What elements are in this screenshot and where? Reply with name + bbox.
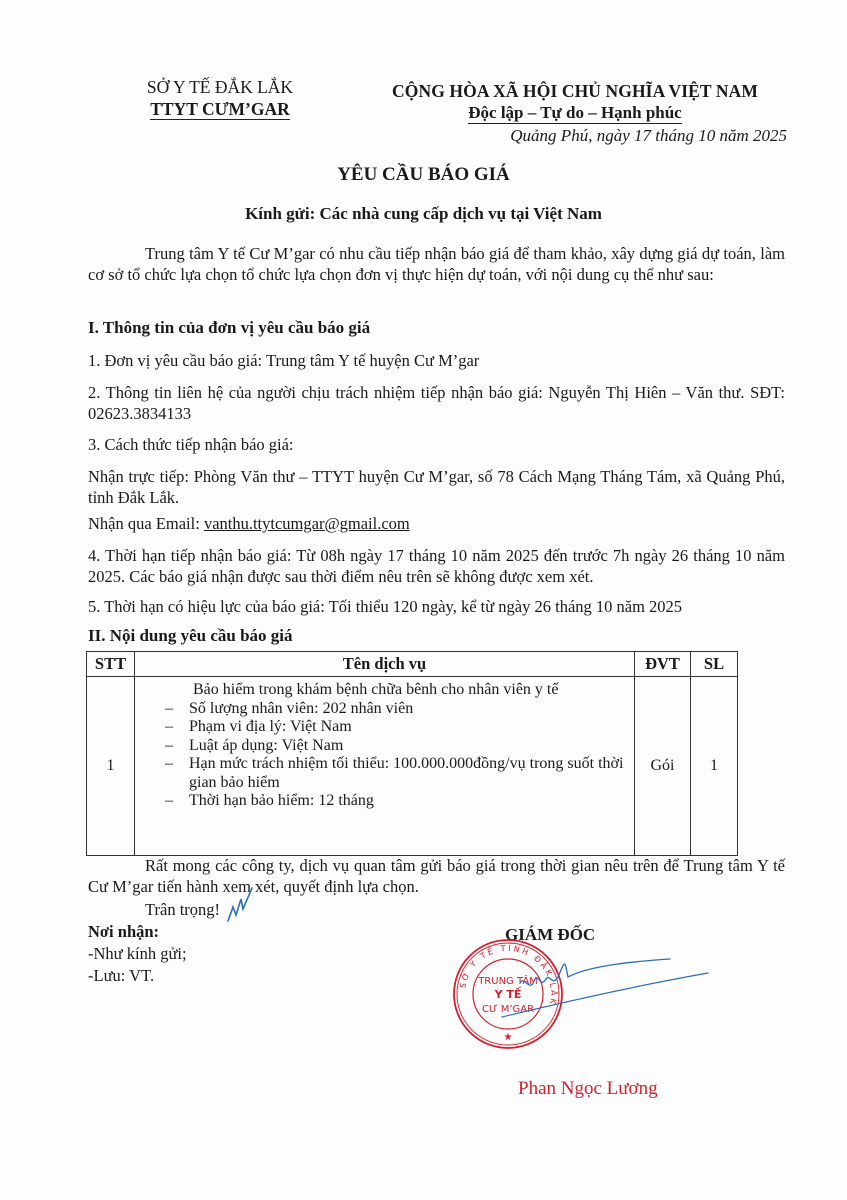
table-row: 1 Bảo hiểm trong khám bệnh chữa bênh cho… [87, 677, 738, 856]
receive-email: Nhận qua Email: vanthu.ttytcumgar@gmail.… [88, 513, 785, 534]
receiving-method-label: 3. Cách thức tiếp nhận báo giá: [88, 434, 785, 455]
detail-item: Số lượng nhân viên: 202 nhân viên [141, 700, 628, 719]
service-table: STT Tên dịch vụ ĐVT SL 1 Bảo hiểm trong … [86, 651, 738, 856]
cell-stt: 1 [87, 677, 135, 856]
place-date: Quảng Phú, ngày 17 tháng 10 năm 2025 [510, 126, 787, 146]
handwritten-signature-icon [500, 955, 710, 1030]
parent-agency: SỞ Y TẾ ĐẮK LẮK [110, 76, 330, 98]
detail-item: Luật áp dụng: Việt Nam [141, 737, 628, 756]
contact-info: 2. Thông tin liên hệ của người chịu trác… [88, 382, 785, 424]
initials-mark-icon [225, 885, 255, 925]
svg-text:★: ★ [504, 1032, 513, 1043]
header-stt: STT [87, 652, 135, 677]
email-label: Nhận qua Email: [88, 514, 204, 533]
detail-item: Thời hạn bảo hiểm: 12 tháng [141, 792, 628, 811]
issuing-agency: SỞ Y TẾ ĐẮK LẮK TTYT CƯM’GAR [110, 76, 330, 120]
national-motto: Độc lập – Tự do – Hạnh phúc [468, 102, 681, 124]
section-2-heading: II. Nội dung yêu cầu báo giá [88, 626, 293, 646]
requester-unit: 1. Đơn vị yêu cầu báo giá: Trung tâm Y t… [88, 350, 785, 371]
nation-name: CỘNG HÒA XÃ HỘI CHỦ NGHĨA VIỆT NAM [340, 80, 810, 102]
distribution-item: -Như kính gửi; [88, 943, 187, 965]
receiving-deadline: 4. Thời hạn tiếp nhận báo giá: Từ 08h ng… [88, 545, 785, 587]
detail-item: Hạn mức trách nhiệm tối thiểu: 100.000.0… [141, 755, 628, 792]
email-link[interactable]: vanthu.ttytcumgar@gmail.com [204, 514, 410, 533]
intro-paragraph: Trung tâm Y tế Cư M’gar có nhu cầu tiếp … [88, 243, 785, 285]
quote-validity: 5. Thời hạn có hiệu lực của báo giá: Tối… [88, 596, 785, 617]
cell-quantity: 1 [691, 677, 738, 856]
header-quantity: SL [691, 652, 738, 677]
regards: Trân trọng! [88, 899, 842, 920]
header-service-name: Tên dịch vụ [135, 652, 635, 677]
closing-paragraph: Rất mong các công ty, dịch vụ quan tâm g… [88, 855, 785, 897]
recipient-line: Kính gửi: Các nhà cung cấp dịch vụ tại V… [0, 204, 847, 224]
signatory-name: Phan Ngọc Lương [518, 1078, 658, 1100]
distribution-item: -Lưu: VT. [88, 965, 187, 987]
distribution-list: Nơi nhận: -Như kính gửi; -Lưu: VT. [88, 921, 187, 987]
cell-service-name: Bảo hiểm trong khám bệnh chữa bênh cho n… [135, 677, 635, 856]
distribution-heading: Nơi nhận: [88, 921, 187, 943]
service-name: Bảo hiểm trong khám bệnh chữa bênh cho n… [141, 681, 628, 700]
table-header-row: STT Tên dịch vụ ĐVT SL [87, 652, 738, 677]
document-title: YÊU CẦU BÁO GIÁ [0, 164, 847, 186]
cell-unit: Gói [635, 677, 691, 856]
national-heading: CỘNG HÒA XÃ HỘI CHỦ NGHĨA VIỆT NAM Độc l… [340, 80, 810, 125]
detail-item: Phạm vi địa lý: Việt Nam [141, 718, 628, 737]
header-unit: ĐVT [635, 652, 691, 677]
agency-name: TTYT CƯM’GAR [110, 98, 330, 120]
service-details: Số lượng nhân viên: 202 nhân viên Phạm v… [141, 700, 628, 811]
receive-direct: Nhận trực tiếp: Phòng Văn thư – TTYT huy… [88, 466, 785, 508]
section-1-heading: I. Thông tin của đơn vị yêu cầu báo giá [88, 318, 370, 338]
